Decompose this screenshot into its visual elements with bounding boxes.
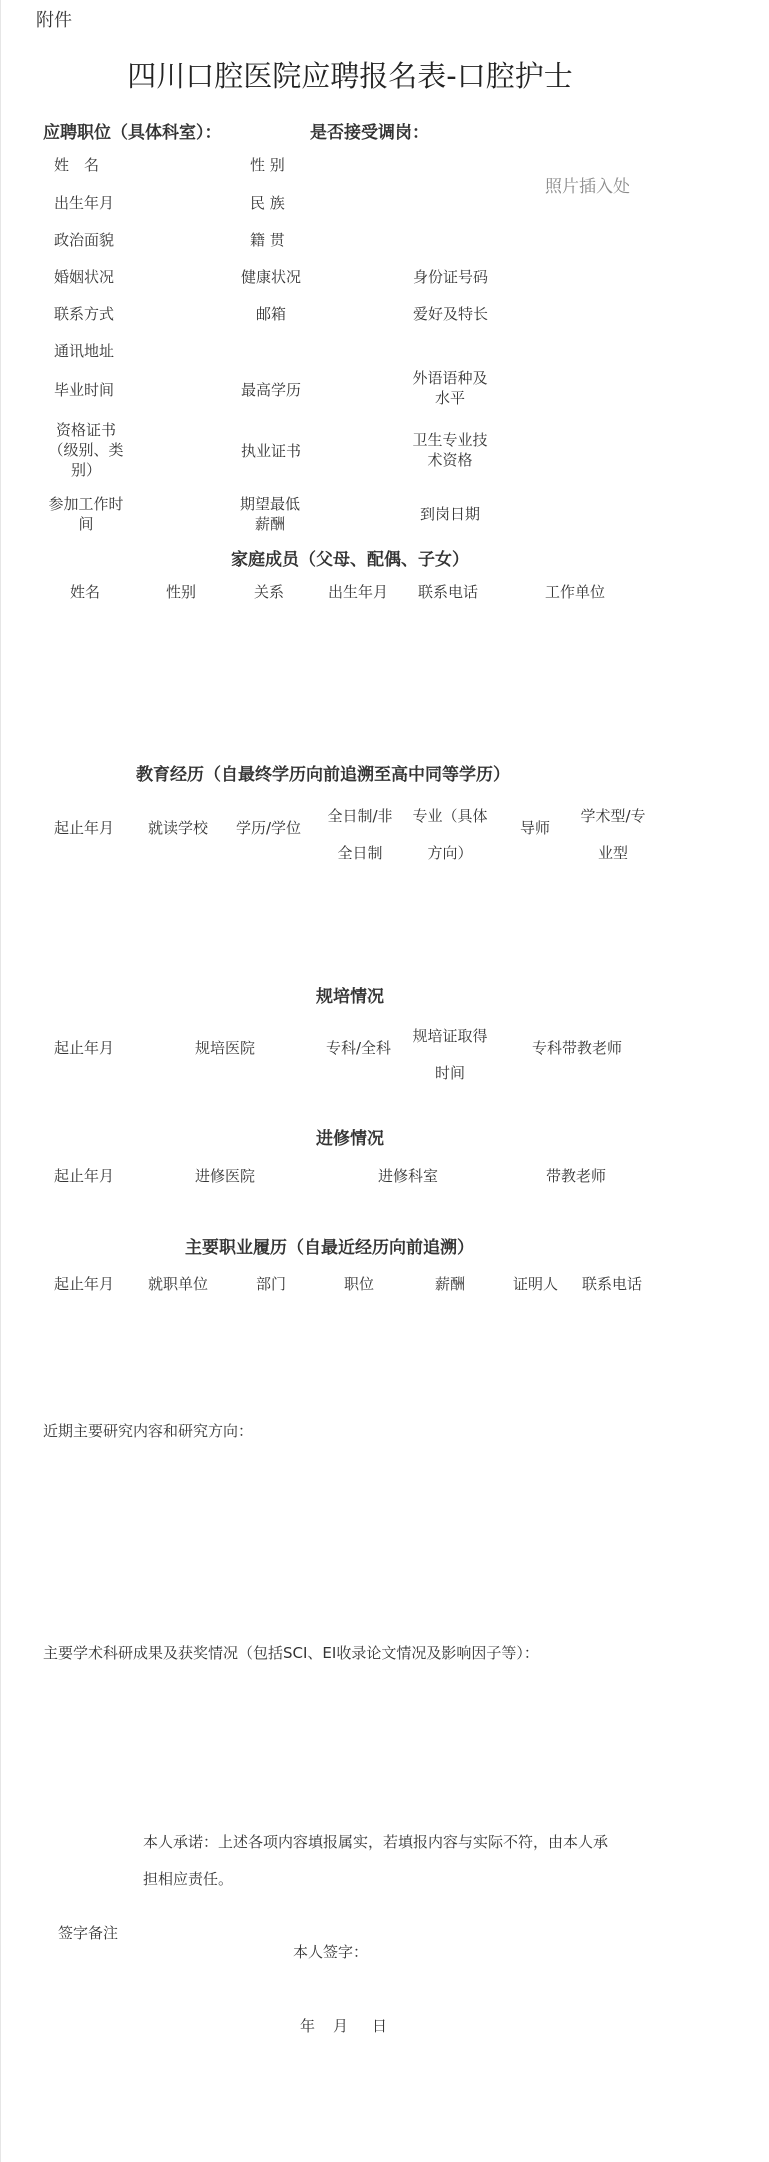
edu-col-school: 就读学校 — [148, 818, 208, 838]
family-col-name: 姓名 — [70, 582, 100, 602]
label-native-place: 籍 贯 — [250, 230, 285, 250]
res-col-cert-date: 规培证取得 时间 — [400, 1018, 500, 1092]
position-field-label: 应聘职位（具体科室）： — [43, 118, 222, 143]
academic-achievements-label: 主要学术科研成果及获奖情况（包括SCI、EI收录论文情况及影响因子等）： — [43, 1642, 539, 1663]
research-direction-label: 近期主要研究内容和研究方向： — [43, 1420, 253, 1441]
label-salary-line2: 薪酬 — [220, 514, 320, 534]
label-health-tech-line1: 卫生专业技 — [400, 430, 500, 450]
label-address: 通讯地址 — [54, 341, 114, 361]
label-hobbies: 爱好及特长 — [413, 304, 488, 324]
date-month: 月 — [333, 2015, 348, 2036]
edu-col-fulltime-line2: 全日制 — [316, 835, 404, 872]
label-id-number: 身份证号码 — [413, 267, 488, 287]
career-heading: 主要职业履历（自最近经历向前追溯） — [185, 1233, 474, 1258]
label-ethnicity: 民 族 — [250, 193, 285, 213]
label-language-line2: 水平 — [400, 388, 500, 408]
residency-heading: 规培情况 — [0, 982, 700, 1007]
label-qualification-line3: 别） — [36, 460, 136, 480]
edu-col-fulltime: 全日制/非 全日制 — [316, 798, 404, 872]
career-col-salary: 薪酬 — [435, 1274, 465, 1294]
label-work-start-line1: 参加工作时 — [36, 494, 136, 514]
family-col-relation: 关系 — [254, 582, 284, 602]
label-highest-degree: 最高学历 — [241, 380, 301, 400]
res-col-cert-date-line1: 规培证取得 — [400, 1018, 500, 1055]
adv-col-period: 起止年月 — [54, 1166, 114, 1186]
date-year: 年 — [300, 2015, 315, 2036]
label-health-tech-line2: 术资格 — [400, 450, 500, 470]
adv-col-department: 进修科室 — [378, 1166, 438, 1186]
label-arrival-date: 到岗日期 — [420, 504, 480, 524]
label-work-start-line2: 间 — [36, 514, 136, 534]
advanced-study-heading: 进修情况 — [0, 1124, 700, 1149]
res-col-hospital: 规培医院 — [195, 1038, 255, 1058]
res-col-mentor: 专科带教老师 — [532, 1038, 622, 1058]
label-gender: 性 别 — [250, 155, 285, 175]
edu-col-type: 学术型/专 业型 — [568, 798, 658, 872]
page-title: 四川口腔医院应聘报名表-口腔护士 — [0, 54, 700, 95]
date-day: 日 — [372, 2015, 387, 2036]
accept-transfer-label: 是否接受调岗： — [310, 118, 429, 143]
label-qualification-line1: 资格证书 — [36, 420, 136, 440]
career-col-referee: 证明人 — [513, 1274, 558, 1294]
career-col-period: 起止年月 — [54, 1274, 114, 1294]
edu-col-major-line2: 方向） — [404, 835, 496, 872]
edu-col-supervisor: 导师 — [520, 818, 550, 838]
adv-col-mentor: 带教老师 — [546, 1166, 606, 1186]
label-qualification: 资格证书 （级别、类 别） — [36, 420, 136, 480]
label-language-line1: 外语语种及 — [400, 368, 500, 388]
adv-col-hospital: 进修医院 — [195, 1166, 255, 1186]
signature-label: 本人签字： — [293, 1941, 368, 1962]
edu-col-period: 起止年月 — [54, 818, 114, 838]
res-col-period: 起止年月 — [54, 1038, 114, 1058]
res-col-specialty: 专科/全科 — [326, 1038, 391, 1058]
edu-col-major-line1: 专业（具体 — [404, 798, 496, 835]
career-col-employer: 就职单位 — [148, 1274, 208, 1294]
label-expected-salary: 期望最低 薪酬 — [220, 494, 320, 534]
label-political: 政治面貌 — [54, 230, 114, 250]
label-marital: 婚姻状况 — [54, 267, 114, 287]
family-col-gender: 性别 — [166, 582, 196, 602]
label-email: 邮箱 — [256, 304, 286, 324]
edu-col-degree: 学历/学位 — [236, 818, 301, 838]
signature-note-label: 签字备注 — [58, 1922, 118, 1943]
label-language: 外语语种及 水平 — [400, 368, 500, 408]
career-col-department: 部门 — [256, 1274, 286, 1294]
label-health-tech: 卫生专业技 术资格 — [400, 430, 500, 470]
label-work-start: 参加工作时 间 — [36, 494, 136, 534]
photo-placeholder[interactable]: 照片插入处 — [545, 172, 630, 197]
label-practice-cert: 执业证书 — [241, 441, 301, 461]
label-contact: 联系方式 — [54, 304, 114, 324]
label-health: 健康状况 — [241, 267, 301, 287]
edu-col-major: 专业（具体 方向） — [404, 798, 496, 872]
label-qualification-line2: （级别、类 — [36, 440, 136, 460]
attachment-label: 附件 — [36, 6, 72, 32]
edu-col-type-line2: 业型 — [568, 835, 658, 872]
label-salary-line1: 期望最低 — [220, 494, 320, 514]
family-col-birth: 出生年月 — [328, 582, 388, 602]
page-left-border — [0, 0, 1, 2162]
label-birth: 出生年月 — [54, 193, 114, 213]
pledge-line2: 担相应责任。 — [143, 1868, 233, 1889]
family-col-phone: 联系电话 — [418, 582, 478, 602]
label-name: 姓 名 — [54, 155, 99, 175]
family-heading: 家庭成员（父母、配偶、子女） — [0, 545, 700, 570]
label-graduation: 毕业时间 — [54, 380, 114, 400]
education-heading: 教育经历（自最终学历向前追溯至高中同等学历） — [136, 760, 510, 785]
career-col-position: 职位 — [344, 1274, 374, 1294]
edu-col-type-line1: 学术型/专 — [568, 798, 658, 835]
edu-col-fulltime-line1: 全日制/非 — [316, 798, 404, 835]
res-col-cert-date-line2: 时间 — [400, 1055, 500, 1092]
career-col-phone: 联系电话 — [582, 1274, 642, 1294]
family-col-employer: 工作单位 — [545, 582, 605, 602]
pledge-line1: 本人承诺：上述各项内容填报属实，若填报内容与实际不符，由本人承 — [143, 1831, 608, 1852]
